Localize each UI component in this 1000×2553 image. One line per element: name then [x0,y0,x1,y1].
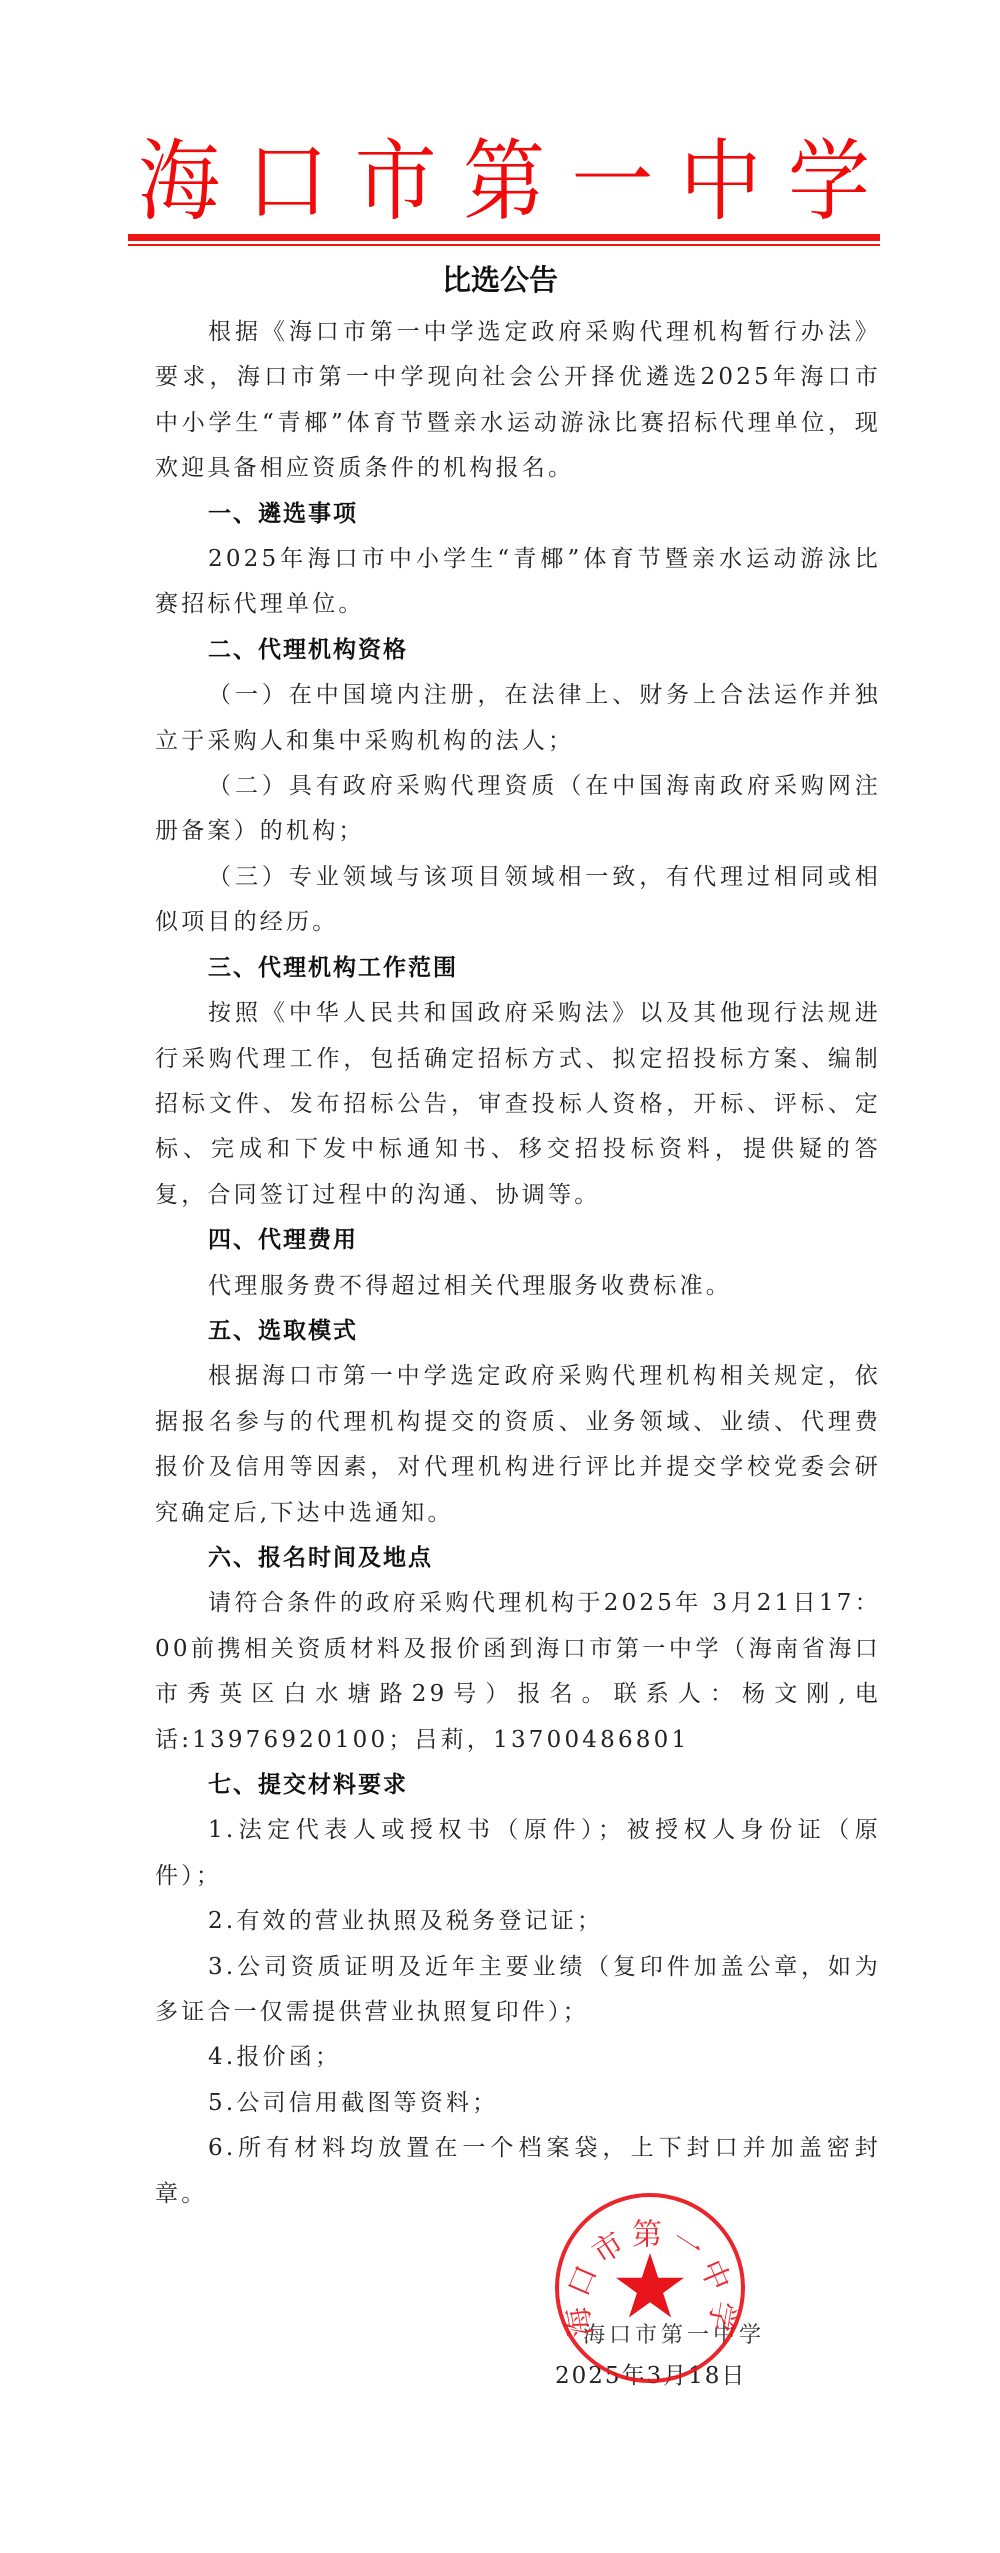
requirement-item: 5.公司信用截图等资料； [155,2081,881,2126]
star-icon [616,2253,684,2318]
section-heading: 五、选取模式 [155,1309,881,1354]
section-paragraph: （二）具有政府采购代理资质（在中国海南政府采购网注册备案）的机构； [155,764,881,855]
letterhead-char: 一 [571,134,653,231]
letterhead-school-name: 海 口 市 第 一 中 学 [128,134,880,231]
requirement-item: 1.法定代表人或授权书（原件）；被授权人身份证（原件）； [155,1808,881,1899]
letterhead-char: 中 [680,134,762,231]
intro-paragraph: 根据《海口市第一中学选定政府采购代理机构暂行办法》要求，海口市第一中学现向社会公… [155,310,881,492]
requirement-item: 2.有效的营业执照及税务登记证； [155,1899,881,1944]
requirement-item: 3.公司资质证明及近年主要业绩（复印件加盖公章，如为多证合一仅需提供营业执照复印… [155,1945,881,2036]
requirement-item: 6.所有材料均放置在一个档案袋，上下封口并加盖密封章。 [155,2126,881,2217]
section-paragraph: 按照《中华人民共和国政府采购法》以及其他现行法规进行采购代理工作，包括确定招标方… [155,991,881,1218]
document-body: 根据《海口市第一中学选定政府采购代理机构暂行办法》要求，海口市第一中学现向社会公… [155,310,881,2217]
requirement-item: 4.报价函； [155,2035,881,2080]
letterhead-char: 市 [355,134,437,231]
section-heading: 七、提交材料要求 [155,1763,881,1808]
letterhead-char: 学 [788,134,870,231]
section-paragraph: （一）在中国境内注册，在法律上、财务上合法运作并独立于采购人和集中采购机构的法人… [155,673,881,764]
document-title: 比选公告 [0,262,1000,298]
letterhead-char: 第 [463,134,545,231]
section-heading: 三、代理机构工作范围 [155,946,881,991]
official-seal: 海口市第一中学 [553,2191,747,2385]
section-heading: 二、代理机构资格 [155,628,881,673]
section-paragraph: 请符合条件的政府采购代理机构于2025年 3月21日17：00前携相关资质材料及… [155,1581,881,1763]
letterhead-char: 海 [138,134,220,231]
section-paragraph: 代理服务费不得超过相关代理服务收费标准。 [155,1264,881,1309]
section-paragraph: （三）专业领域与该项目领域相一致，有代理过相同或相似项目的经历。 [155,855,881,946]
seal-graphic: 海口市第一中学 [553,2191,747,2385]
section-heading: 六、报名时间及地点 [155,1536,881,1581]
section-paragraph: 根据海口市第一中学选定政府采购代理机构相关规定，依据报名参与的代理机构提交的资质… [155,1354,881,1536]
section-paragraph: 2025年海口市中小学生“青椰”体育节暨亲水运动游泳比赛招标代理单位。 [155,537,881,628]
section-heading: 一、遴选事项 [155,492,881,537]
letterhead-divider-thick [128,234,880,241]
letterhead-char: 口 [246,134,328,231]
letterhead-divider-thin [128,244,880,246]
section-heading: 四、代理费用 [155,1218,881,1263]
